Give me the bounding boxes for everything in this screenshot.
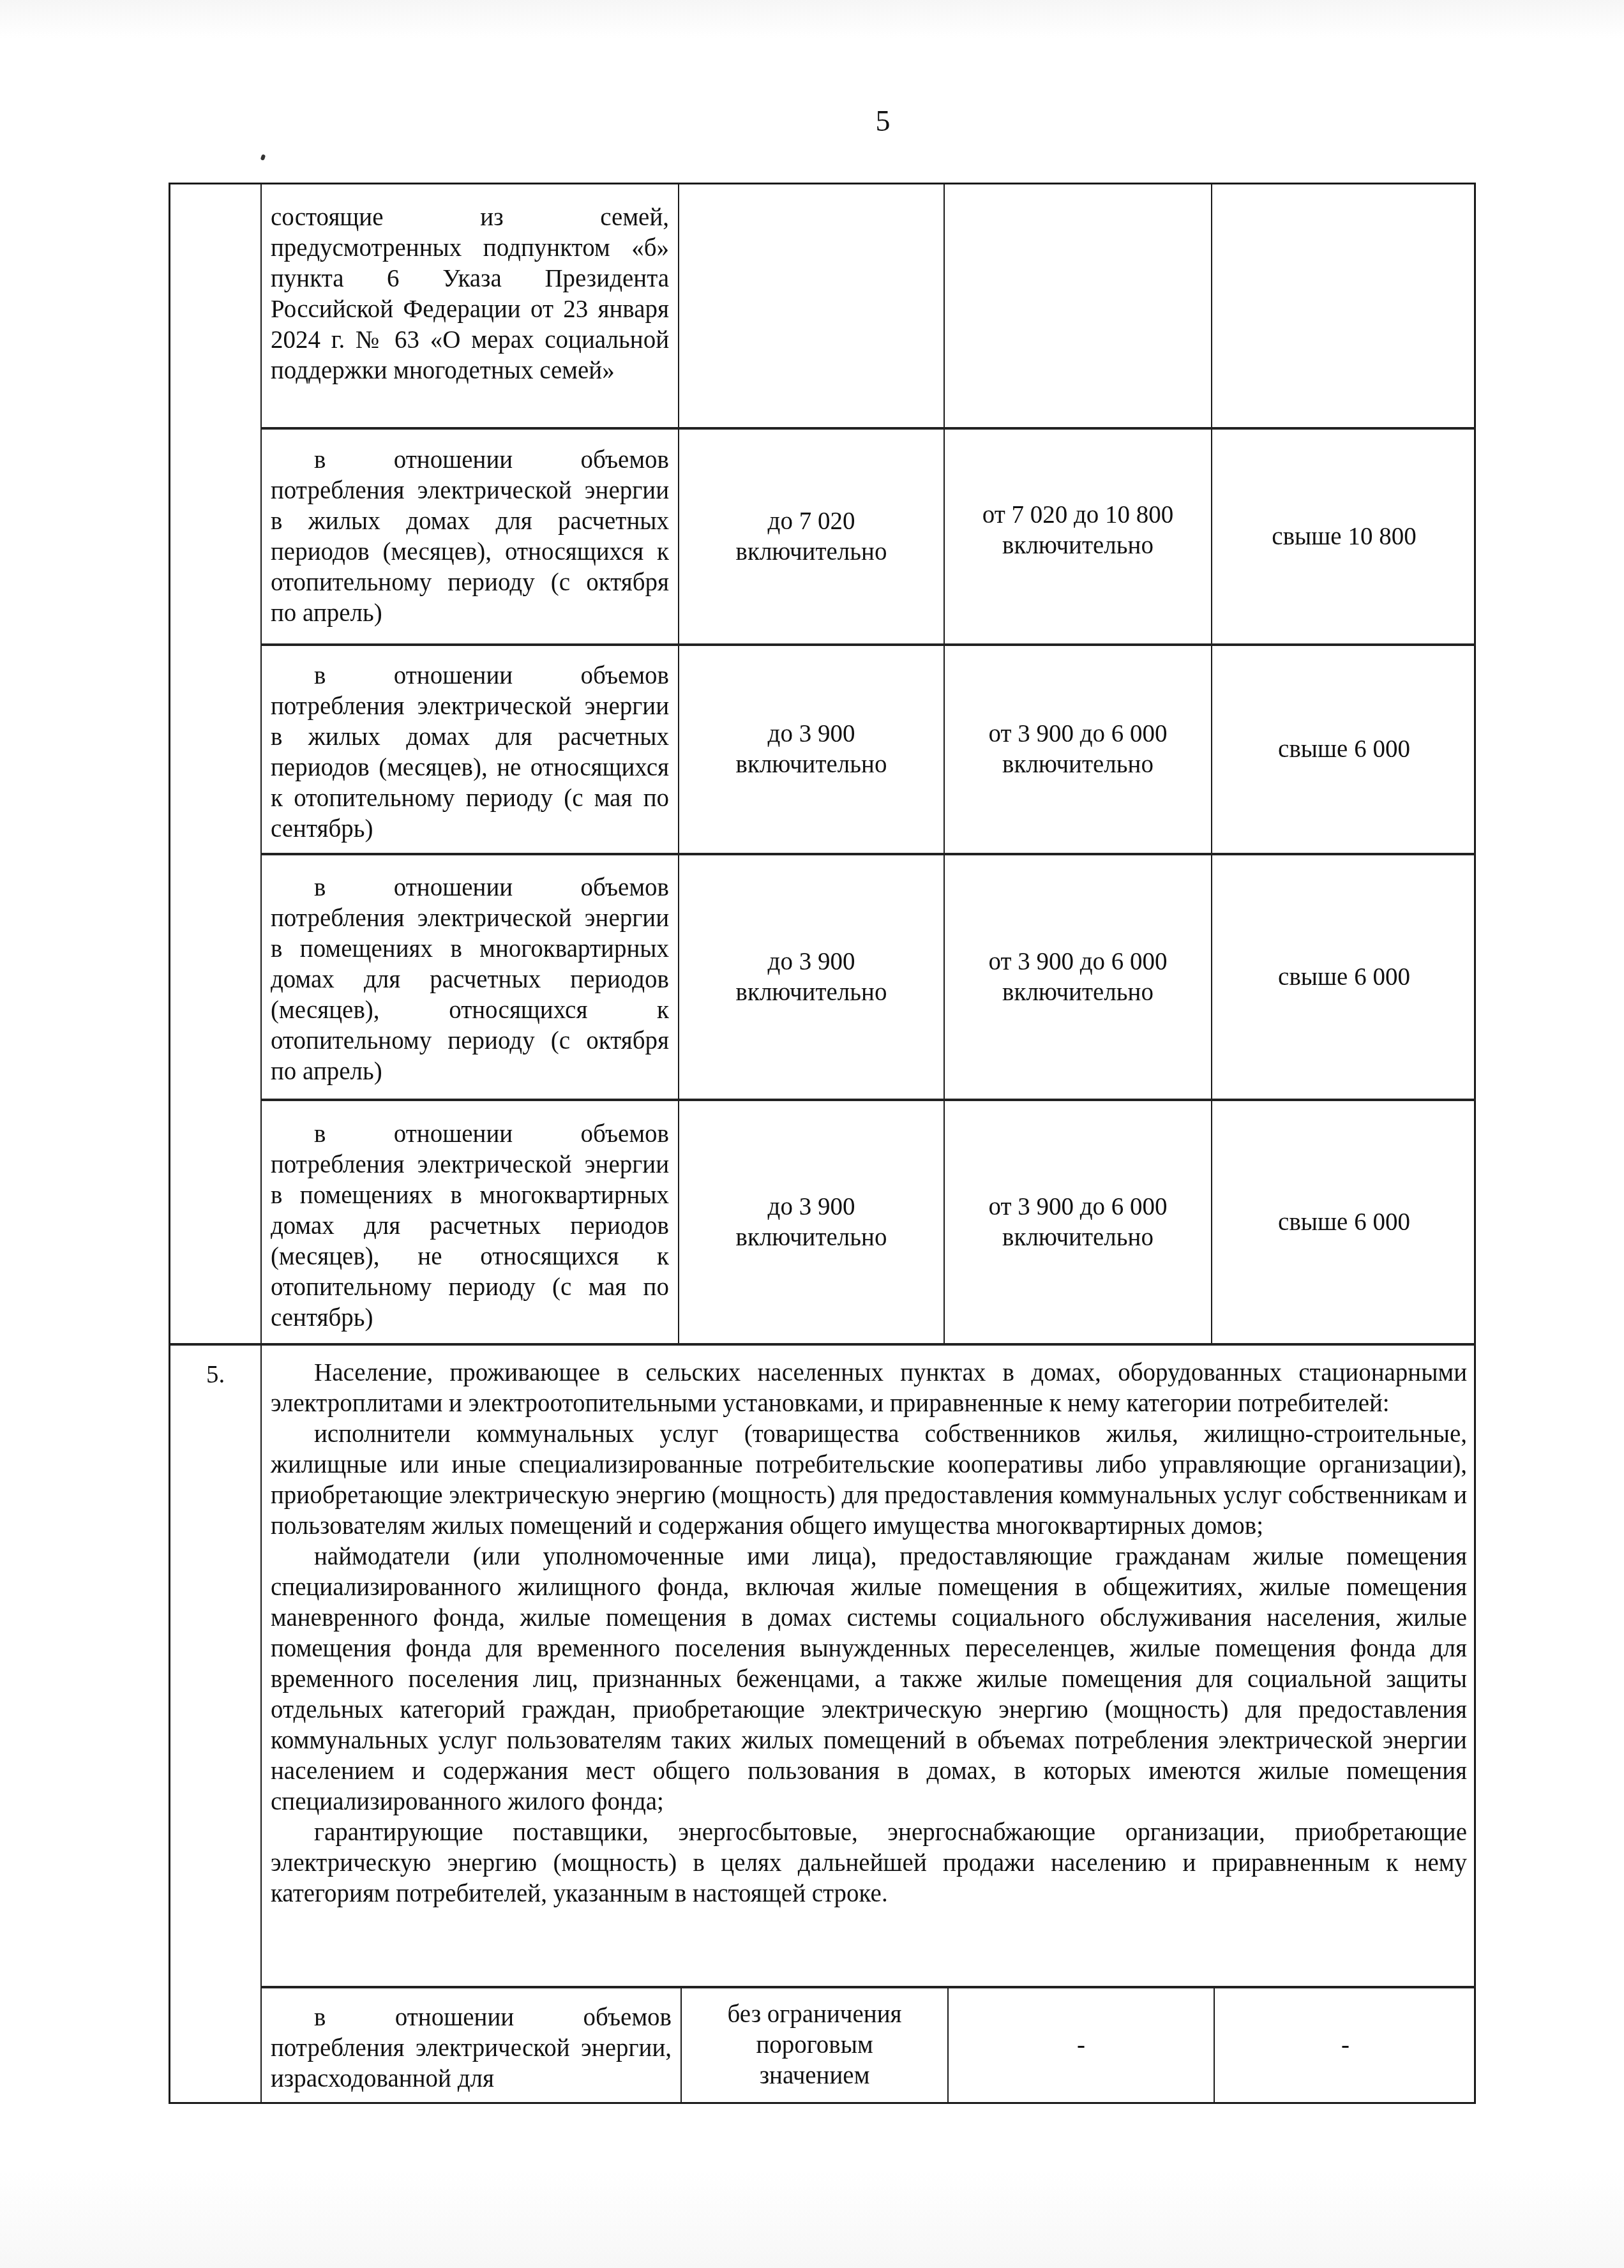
description-text: состоящие из семей, предусмотренных подп…: [271, 202, 669, 386]
range-mid-value: от 3 900 до 6 000: [988, 1192, 1167, 1222]
paragraph: наймодатели (или уполномоченные ими лица…: [271, 1542, 1467, 1817]
document-page: 5 состоящие из семей, предусмотренных по…: [0, 0, 1624, 2268]
range-high-value: свыше 6 000: [1278, 1207, 1410, 1238]
range-mid-qualifier: включительно: [1002, 530, 1154, 561]
range-low-value: без ограничения: [728, 1999, 902, 2030]
range-high-value: -: [1341, 2030, 1350, 2061]
range-mid: от 3 900 до 6 000 включительно: [945, 646, 1211, 853]
paragraph: исполнители коммунальных услуг (товарище…: [271, 1419, 1467, 1542]
range-mid: от 7 020 до 10 800 включительно: [945, 423, 1211, 637]
range-low-value: до 7 020: [768, 506, 855, 537]
description-text: в отношении объемов потребления электрич…: [271, 2002, 672, 2094]
description-text: в отношении объемов потребления электрич…: [271, 1119, 669, 1333]
description-text: в отношении объемов потребления электрич…: [271, 445, 669, 629]
section-description: Население, проживающее в сельских населе…: [262, 1358, 1476, 1909]
range-mid: от 3 900 до 6 000 включительно: [945, 855, 1211, 1099]
range-mid-value: от 3 900 до 6 000: [988, 947, 1167, 977]
row-number: 5.: [170, 1346, 260, 1384]
range-low: до 3 900 включительно: [679, 855, 944, 1099]
range-low-qualifier: включительно: [736, 537, 887, 567]
paragraph: Население, проживающее в сельских населе…: [271, 1358, 1467, 1419]
range-mid: -: [949, 1988, 1214, 2102]
range-low-qualifier: значением: [760, 2061, 870, 2091]
range-low: до 7 020 включительно: [679, 430, 944, 643]
range-low-qualifier: пороговым: [756, 2030, 873, 2061]
range-low-qualifier: включительно: [736, 1222, 887, 1253]
paragraph: гарантирующие поставщики, энергосбытовые…: [271, 1817, 1467, 1909]
range-low: до 3 900 включительно: [679, 646, 944, 853]
row-description: в отношении объемов потребления электрич…: [262, 1114, 678, 1343]
range-mid-qualifier: включительно: [1002, 977, 1154, 1008]
row-description: в отношении объемов потребления электрич…: [262, 440, 678, 643]
range-high: свыше 10 800: [1212, 430, 1476, 643]
range-low-value: до 3 900: [768, 947, 855, 977]
range-mid-value: -: [1077, 2030, 1085, 2061]
range-high-value: свыше 10 800: [1272, 522, 1416, 552]
row-description: в отношении объемов потребления электрич…: [262, 867, 678, 1099]
range-mid-qualifier: включительно: [1002, 749, 1154, 780]
range-mid-value: от 3 900 до 6 000: [988, 719, 1167, 749]
range-high: -: [1215, 1988, 1476, 2102]
range-low: до 3 900 включительно: [679, 1101, 944, 1343]
tariff-table: состоящие из семей, предусмотренных подп…: [169, 183, 1476, 2104]
range-low: без ограничения пороговым значением: [682, 1988, 947, 2102]
range-low-qualifier: включительно: [736, 977, 887, 1008]
range-high-value: свыше 6 000: [1278, 962, 1410, 993]
range-low-qualifier: включительно: [736, 749, 887, 780]
range-low-value: до 3 900: [768, 1192, 855, 1222]
range-mid-qualifier: включительно: [1002, 1222, 1154, 1253]
range-high: свыше 6 000: [1212, 1101, 1476, 1343]
page-number: 5: [867, 102, 899, 140]
row-description: в отношении объемов потребления электрич…: [262, 656, 678, 853]
range-mid-value: от 7 020 до 10 800: [982, 500, 1174, 530]
range-high: свыше 6 000: [1212, 646, 1476, 853]
description-text: в отношении объемов потребления электрич…: [271, 873, 669, 1087]
range-low-value: до 3 900: [768, 719, 855, 749]
row-description: состоящие из семей, предусмотренных подп…: [262, 197, 678, 427]
range-high: свыше 6 000: [1212, 855, 1476, 1099]
range-high-value: свыше 6 000: [1278, 734, 1410, 765]
row-description: в отношении объемов потребления электрич…: [262, 1997, 680, 2102]
row-number-text: 5.: [206, 1361, 225, 1388]
row-divider: [170, 1343, 1476, 1346]
description-text: в отношении объемов потребления электрич…: [271, 661, 669, 845]
scan-speck: [260, 154, 266, 161]
range-mid: от 3 900 до 6 000 включительно: [945, 1101, 1211, 1343]
